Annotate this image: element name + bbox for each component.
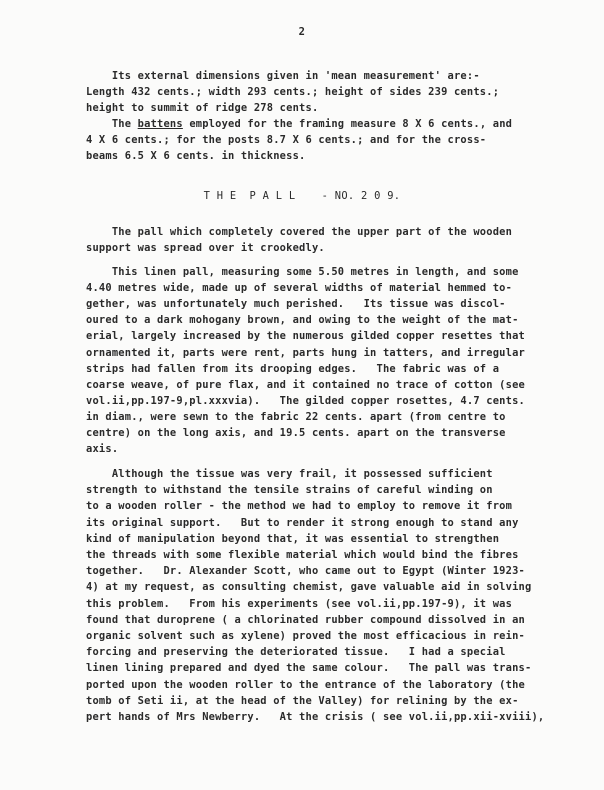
text-line: kind of manipulation beyond that, it was… [86,532,499,546]
text-line: 4 X 6 cents.; for the posts 8.7 X 6 cent… [86,133,486,147]
text-line: The pall which completely covered the up… [86,225,512,239]
text-line: Length 432 cents.; width 293 cents.; hei… [86,85,499,99]
text-line: vol.ii,pp.197-9,pl.xxxvia). The gilded c… [86,394,525,408]
text-line: together. Dr. Alexander Scott, who came … [86,564,525,578]
text-line: height to summit of ridge 278 cents. [86,101,318,115]
text-line: strips had fallen from its drooping edge… [86,362,499,376]
underlined-word: battens [138,118,183,130]
text-line: Although the tissue was very frail, it p… [86,467,493,481]
text-line: This linen pall, measuring some 5.50 met… [86,265,519,279]
text-line: support was spread over it crookedly. [86,241,325,255]
text-line: strength to withstand the tensile strain… [86,483,493,497]
text-line: 4) at my request, as consulting chemist,… [86,580,531,594]
document-page: 2 Its external dimensions given in 'mean… [0,0,604,790]
text-line: beams 6.5 X 6 cents. in thickness. [86,149,306,163]
text-line: to a wooden roller - the method we had t… [86,499,512,513]
text-line: linen lining prepared and dyed the same … [86,661,531,675]
text-line: in diam., were sewn to the fabric 22 cen… [86,410,506,424]
text-line: tomb of Seti ii, at the head of the Vall… [86,694,519,708]
text-line: the threads with some flexible material … [86,548,519,562]
text-line: erial, largely increased by the numerous… [86,329,525,343]
text-line: axis. [86,442,118,456]
section-title: T H E P A L L - NO. 2 0 9. [0,190,604,202]
text-line: forcing and preserving the deteriorated … [86,645,506,659]
page-number: 2 [0,26,604,38]
text-line: organic solvent such as xylene) proved t… [86,629,525,643]
text-line: pert hands of Mrs Newberry. At the crisi… [86,710,544,724]
text-line: Its external dimensions given in 'mean m… [86,69,480,83]
text-line: centre) on the long axis, and 19.5 cents… [86,426,506,440]
text-line-battens: The battens employed for the framing mea… [86,117,512,131]
text-line: coarse weave, of pure flax, and it conta… [86,378,525,392]
text-line: oured to a dark mohogany brown, and owin… [86,313,519,327]
text-line: ornamented it, parts were rent, parts hu… [86,346,525,360]
text-line: 4.40 metres wide, made up of several wid… [86,281,512,295]
text-line: this problem. From his experiments (see … [86,597,512,611]
text-line: found that duroprene ( a chlorinated rub… [86,613,525,627]
text-line: its original support. But to render it s… [86,516,519,530]
text-line: ported upon the wooden roller to the ent… [86,678,525,692]
text-line: gether, was unfortunately much perished.… [86,297,506,311]
